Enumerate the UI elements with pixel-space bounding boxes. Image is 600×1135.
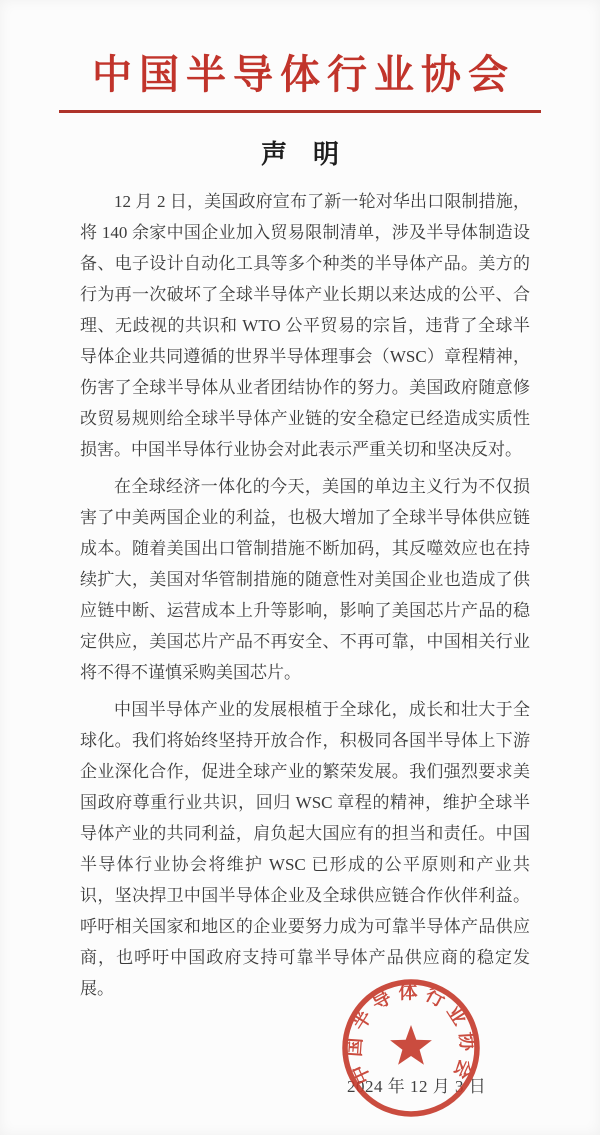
statement-body: 12 月 2 日，美国政府宣布了新一轮对华出口限制措施，将 140 余家中国企业… xyxy=(80,186,530,1004)
org-name-letterhead: 中国半导体行业协会 xyxy=(0,0,600,99)
official-seal: 中国半导体行业协会 xyxy=(340,977,482,1119)
paragraph-2: 在全球经济一体化的今天，美国的单边主义行为不仅损害了中美两国企业的利益，也极大增… xyxy=(80,471,530,688)
seal-star-icon xyxy=(390,1025,432,1065)
paragraph-1: 12 月 2 日，美国政府宣布了新一轮对华出口限制措施，将 140 余家中国企业… xyxy=(80,186,530,465)
document-title: 声 明 xyxy=(0,138,600,172)
paragraph-3: 中国半导体产业的发展根植于全球化，成长和壮大于全球化。我们将始终坚持开放合作，积… xyxy=(80,694,530,1004)
statement-document: 中国半导体行业协会 声 明 12 月 2 日，美国政府宣布了新一轮对华出口限制措… xyxy=(0,0,600,1135)
letterhead-divider xyxy=(59,110,541,113)
